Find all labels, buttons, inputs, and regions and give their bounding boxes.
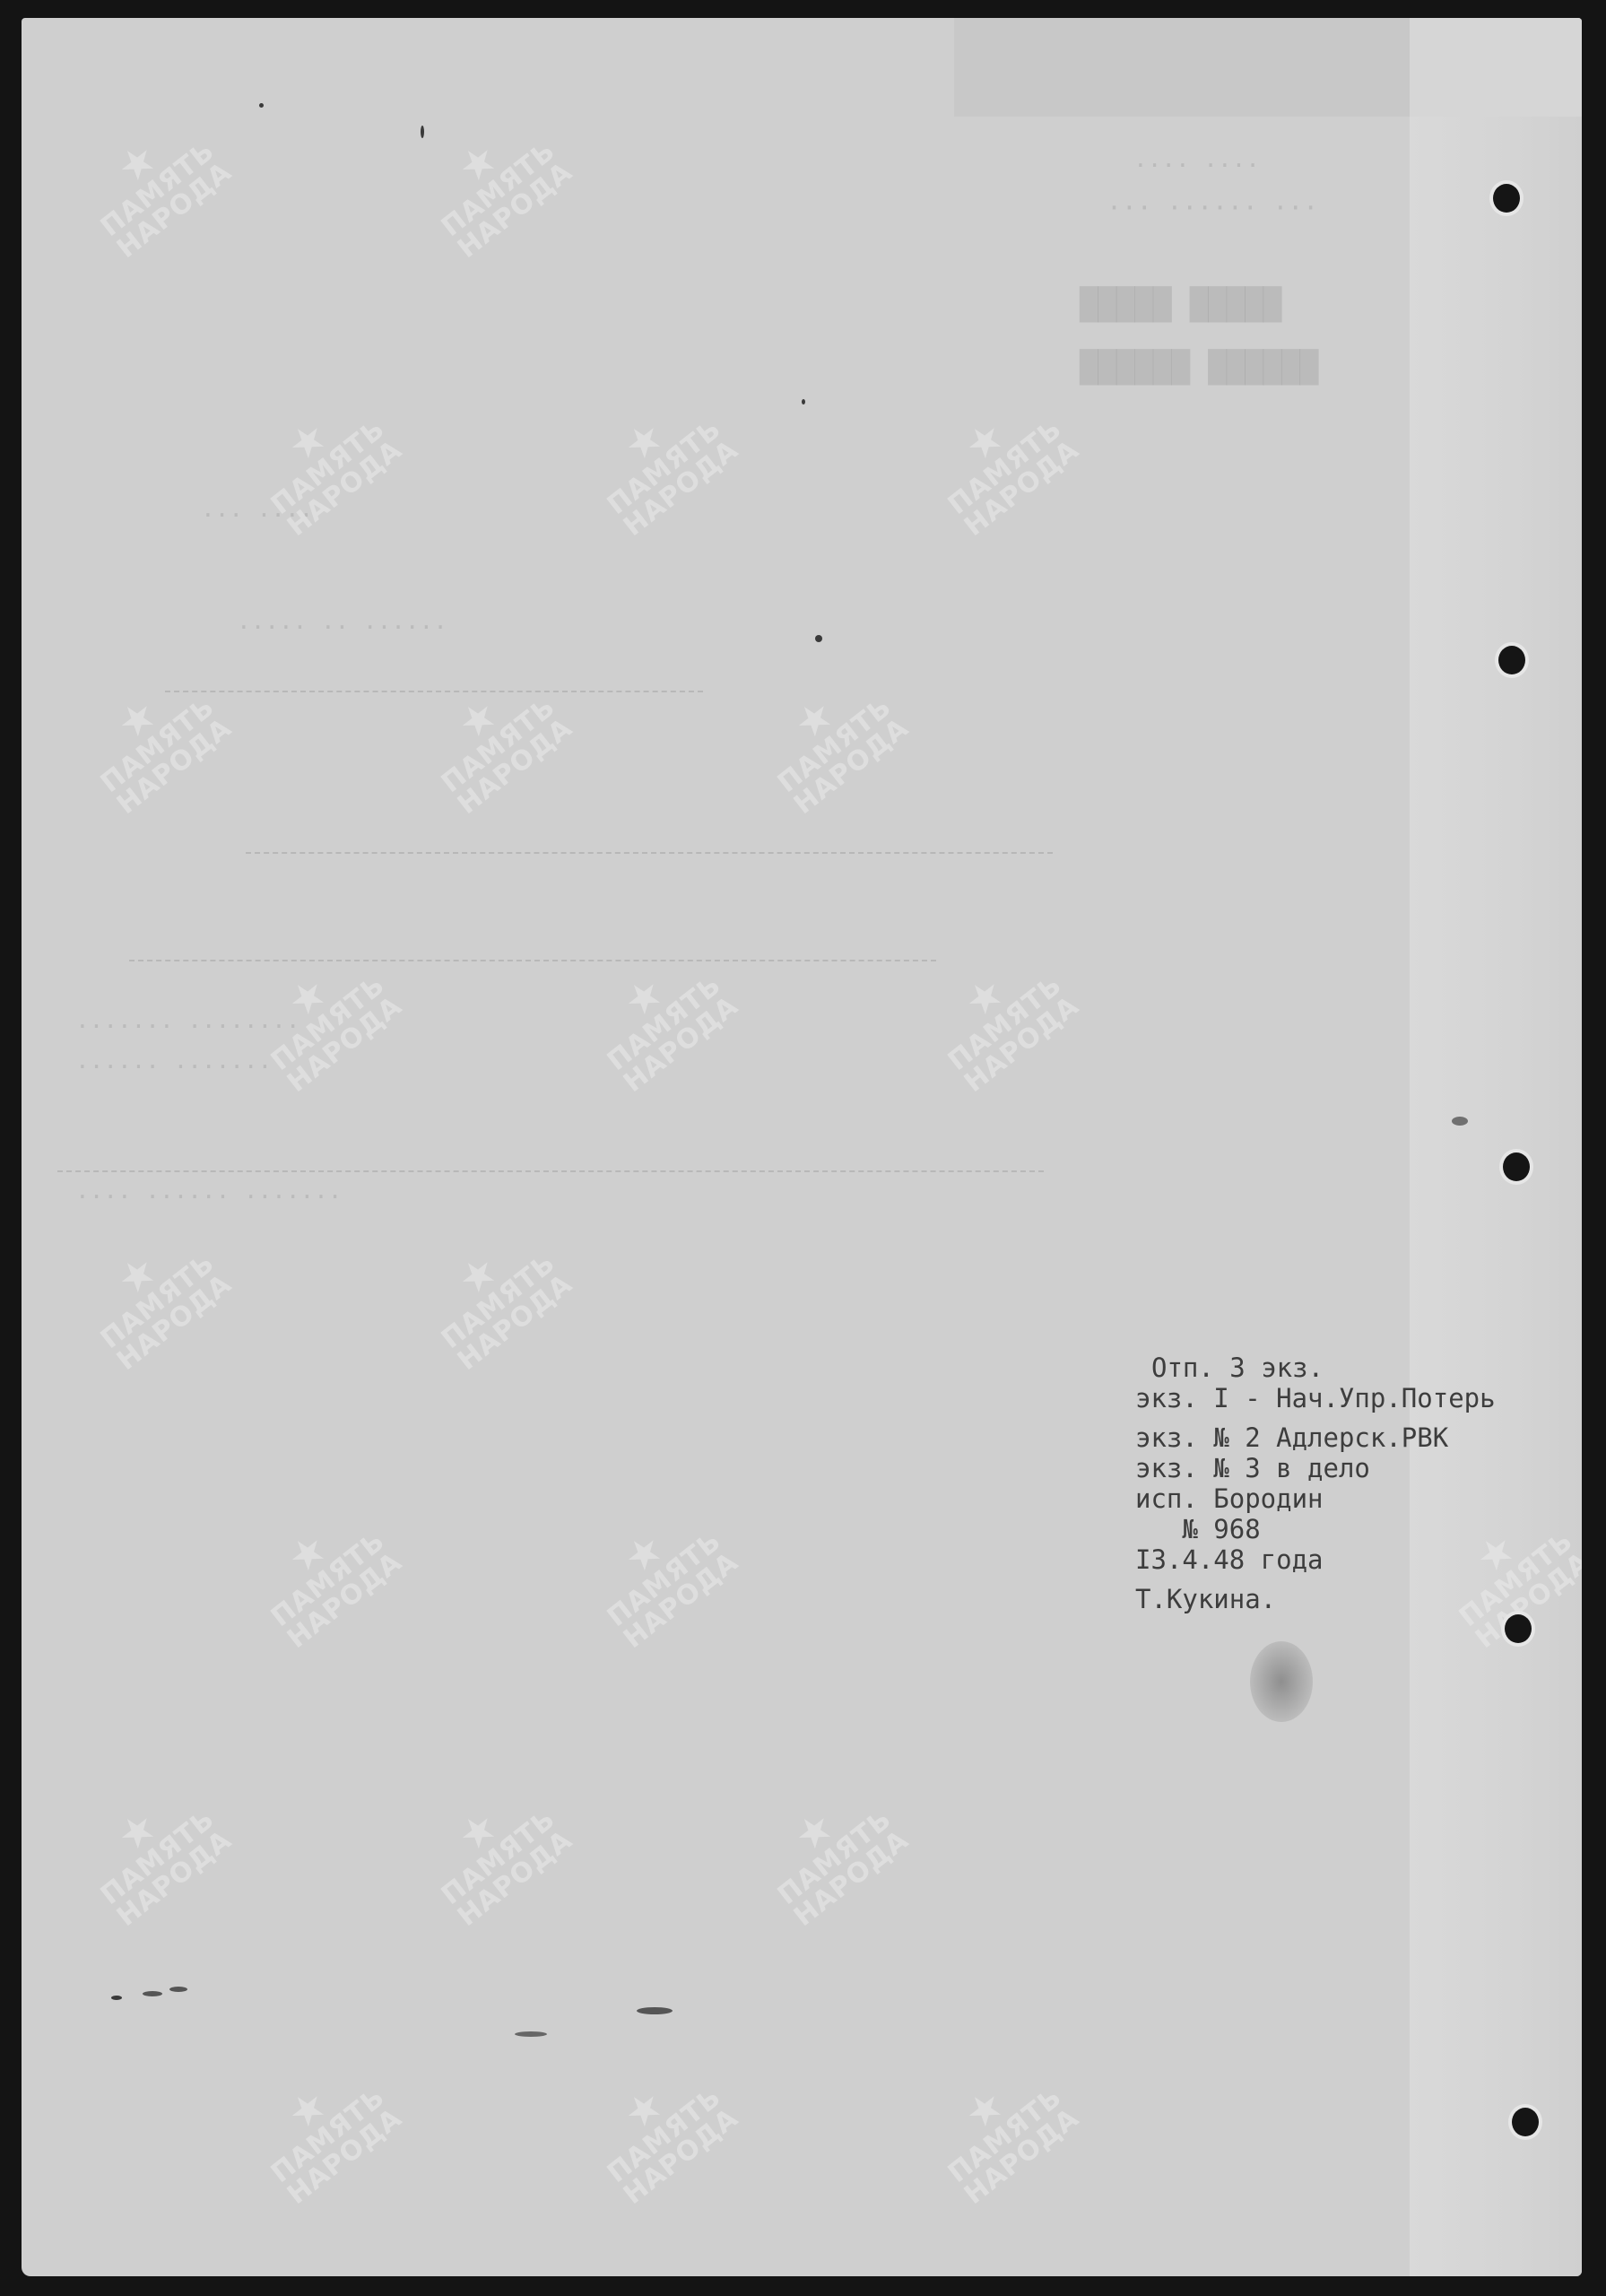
watermark: ★ПАМЯТЬНАРОДА: [412, 1773, 577, 1932]
punch-hole: [1512, 2108, 1539, 2136]
show-through-line: [57, 1170, 1044, 1172]
watermark: ★ПАМЯТЬНАРОДА: [748, 1773, 914, 1932]
watermark: ★ПАМЯТЬНАРОДА: [71, 1217, 237, 1376]
document-date: I3.4.48 года: [1135, 1544, 1496, 1575]
executor: исп. Бородин: [1135, 1483, 1496, 1514]
watermark: ★ПАМЯТЬНАРОДА: [918, 2051, 1084, 2210]
watermark: ★ПАМЯТЬНАРОДА: [412, 105, 577, 264]
ink-speck: [259, 103, 264, 108]
copy-3-recipient: экз. № 3 в дело: [1135, 1453, 1496, 1483]
ink-speck: [802, 399, 805, 404]
watermark: ★ПАМЯТЬНАРОДА: [918, 383, 1084, 542]
watermark: ★ПАМЯТЬНАРОДА: [71, 661, 237, 820]
typist: Т.Кукина.: [1135, 1584, 1496, 1614]
ink-speck: [815, 635, 822, 642]
watermark: ★ПАМЯТЬНАРОДА: [577, 1495, 743, 1654]
handwriting-mark: [143, 1991, 162, 1996]
show-through-text: ······· ······: [75, 1054, 272, 1081]
watermark: ★ПАМЯТЬНАРОДА: [412, 661, 577, 820]
ink-speck: [1452, 1117, 1468, 1126]
watermark: ★ПАМЯТЬНАРОДА: [577, 383, 743, 542]
copy-1-recipient: экз. I - Нач.Упр.Потерь: [1135, 1383, 1496, 1413]
show-through-text: ██████ ██████: [1080, 350, 1318, 386]
watermark: ★ПАМЯТЬНАРОДА: [748, 661, 914, 820]
show-through-text: ······ ·· ·····: [237, 614, 447, 641]
ink-speck: [421, 126, 424, 138]
show-through-text: ···· ····: [1133, 152, 1260, 179]
margin-strip: [1410, 18, 1582, 117]
margin-strip: [1410, 117, 1582, 2276]
stain: [1250, 1641, 1313, 1722]
handwriting-mark: [111, 1996, 122, 2000]
watermark: ★ПАМЯТЬНАРОДА: [577, 2051, 743, 2210]
punch-hole: [1498, 646, 1525, 674]
punch-hole: [1493, 184, 1520, 213]
watermark: ★ПАМЯТЬНАРОДА: [577, 939, 743, 1098]
punch-hole: [1505, 1614, 1532, 1643]
show-through-line: [246, 852, 1053, 854]
handwriting-mark: [515, 2031, 547, 2037]
watermark: ★ПАМЯТЬНАРОДА: [412, 1217, 577, 1376]
copy-2-recipient: экз. № 2 Адлерск.РВК: [1135, 1422, 1496, 1453]
document-page: ···· ···· ··· ······ ··· █████ █████ ███…: [22, 18, 1582, 2276]
show-through-line: [165, 691, 703, 692]
watermark: ★ПАМЯТЬНАРОДА: [71, 105, 237, 264]
show-through-text: ······· ······ ····: [75, 1184, 342, 1211]
punch-hole: [1503, 1152, 1530, 1181]
watermark: ★ПАМЯТЬНАРОДА: [918, 939, 1084, 1098]
watermark: ★ПАМЯТЬНАРОДА: [241, 2051, 407, 2210]
watermark: ★ПАМЯТЬНАРОДА: [241, 1495, 407, 1654]
document-number: № 968: [1135, 1514, 1496, 1544]
show-through-text: ··· ······ ···: [1107, 193, 1318, 222]
show-through-text: █████ █████: [1080, 287, 1281, 323]
watermark: ★ПАМЯТЬНАРОДА: [71, 1773, 237, 1932]
handwriting-mark: [637, 2007, 673, 2014]
handwriting-mark: [169, 1987, 187, 1992]
distribution-block: Отп. 3 экз. экз. I - Нач.Упр.Потерь экз.…: [1135, 1352, 1496, 1614]
copies-count: Отп. 3 экз.: [1135, 1352, 1496, 1383]
show-through-line: [129, 960, 936, 961]
